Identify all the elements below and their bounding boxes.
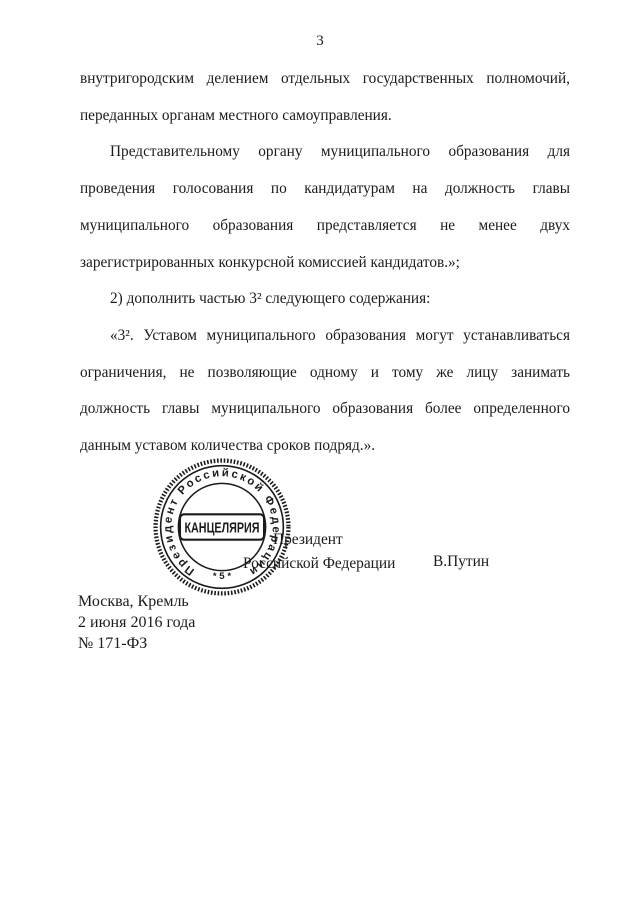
document-body: внутригородским делением отдельных госуд… xyxy=(80,61,570,465)
stamp-center-text: КАНЦЕЛЯРИЯ xyxy=(184,520,259,537)
paragraph: внутригородским делением отдельных госуд… xyxy=(80,61,570,134)
document-page: 3 внутригородским делением отдельных гос… xyxy=(0,0,640,905)
stamp-bottom-text: * 5 * xyxy=(213,571,231,582)
signature-name: В.Путин xyxy=(433,553,489,571)
footer-date: 2 июня 2016 года xyxy=(78,613,195,634)
page-number: 3 xyxy=(0,33,640,50)
paragraph: Представительному органу муниципального … xyxy=(80,134,570,281)
footer-doc-number: № 171-ФЗ xyxy=(78,634,195,655)
paragraph: 2) дополнить частью 3² следующего содерж… xyxy=(80,281,570,318)
footer-block: Москва, Кремль 2 июня 2016 года № 171-ФЗ xyxy=(78,592,195,654)
chancellery-stamp-icon: Президент Российской Федерации * 5 * КАН… xyxy=(151,456,293,598)
paragraph: «3². Уставом муниципального образования … xyxy=(80,318,570,465)
